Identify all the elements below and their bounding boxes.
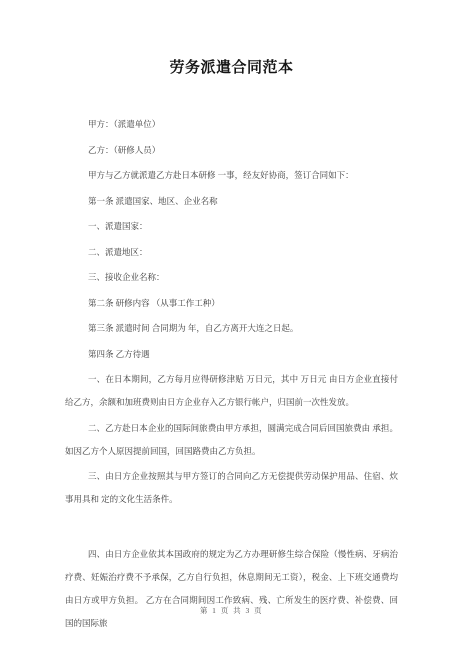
clause-1-item-3: 三、接收企业名称： (65, 266, 398, 289)
clause-1-item-1: 一、派遣国家： (65, 215, 398, 238)
clause-4-item-2: 二、乙方赴日本企业的国际间旅费由甲方承担，圆满完成合同后回国旅费由 承担。如因乙… (65, 417, 398, 463)
document-body: 甲方：（派遣单位） 乙方：（研修人员） 甲方与乙方就派遣乙方赴日本研修 一事，经… (65, 113, 398, 635)
clause-1-item-2: 二、派遣地区： (65, 241, 398, 264)
clause-4-item-1: 一、在日本期间，乙方每月应得研修津贴 万日元，其中 万日元 由日方企业直接付给乙… (65, 368, 398, 414)
clause-1-title: 第一条 派遣国家、地区、企业名称 (65, 190, 398, 213)
preamble-line: 甲方与乙方就派遣乙方赴日本研修 一事，经友好协商，签订合同如下： (65, 164, 398, 187)
clause-4-item-4: 四、由日方企业依其本国政府的规定为乙方办理研修生综合保险（慢性病、牙病治疗费、妊… (65, 543, 398, 635)
page-number-footer: 第 1 页 共 3 页 (0, 605, 463, 616)
clause-3-title: 第三条 派遣时间 合同期为 年，自乙方离开大连之日起。 (65, 317, 398, 340)
clause-4-title: 第四条 乙方待遇 (65, 343, 398, 366)
party-a-line: 甲方：（派遣单位） (65, 113, 398, 136)
clause-4-item-3: 三、由日方企业按照其与甲方签订的合同向乙方无偿提供劳动保护用品、住宿、炊事用具和… (65, 465, 398, 511)
clause-2-title: 第二条 研修内容 （从事工作工种） (65, 292, 398, 315)
document-page: 劳务派遣合同范本 甲方：（派遣单位） 乙方：（研修人员） 甲方与乙方就派遣乙方赴… (0, 0, 463, 655)
document-title: 劳务派遣合同范本 (0, 0, 463, 77)
party-b-line: 乙方：（研修人员） (65, 139, 398, 162)
